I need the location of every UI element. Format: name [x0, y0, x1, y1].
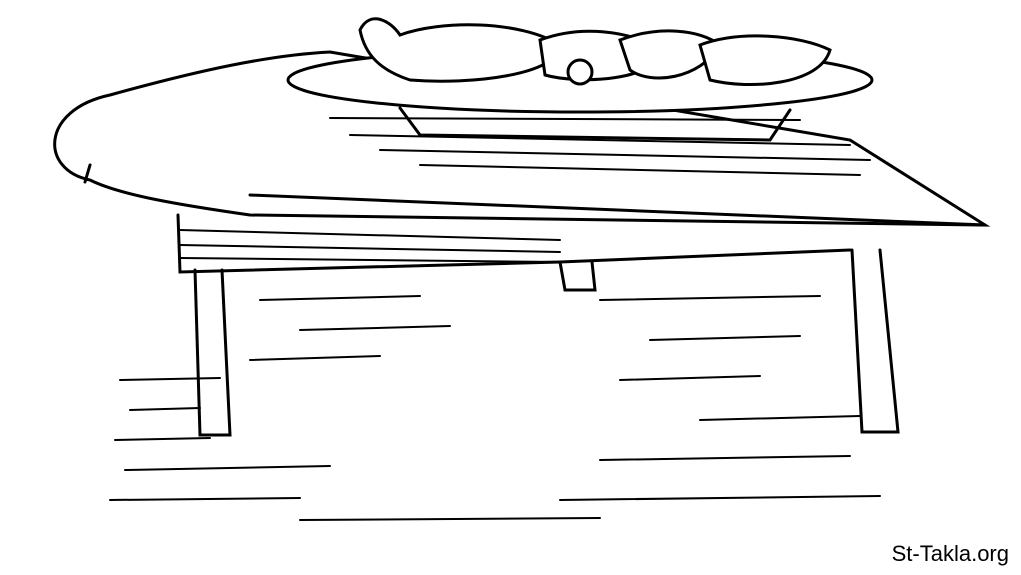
watermark: St-Takla.org	[892, 541, 1009, 567]
roasted-birds	[360, 19, 830, 85]
table-apron	[178, 215, 850, 272]
table-drawing	[0, 0, 1021, 575]
table-leg-left	[195, 270, 230, 435]
illustration: St-Takla.org	[0, 0, 1021, 575]
table-leg-back	[560, 262, 595, 290]
table-leg-right	[852, 250, 898, 432]
